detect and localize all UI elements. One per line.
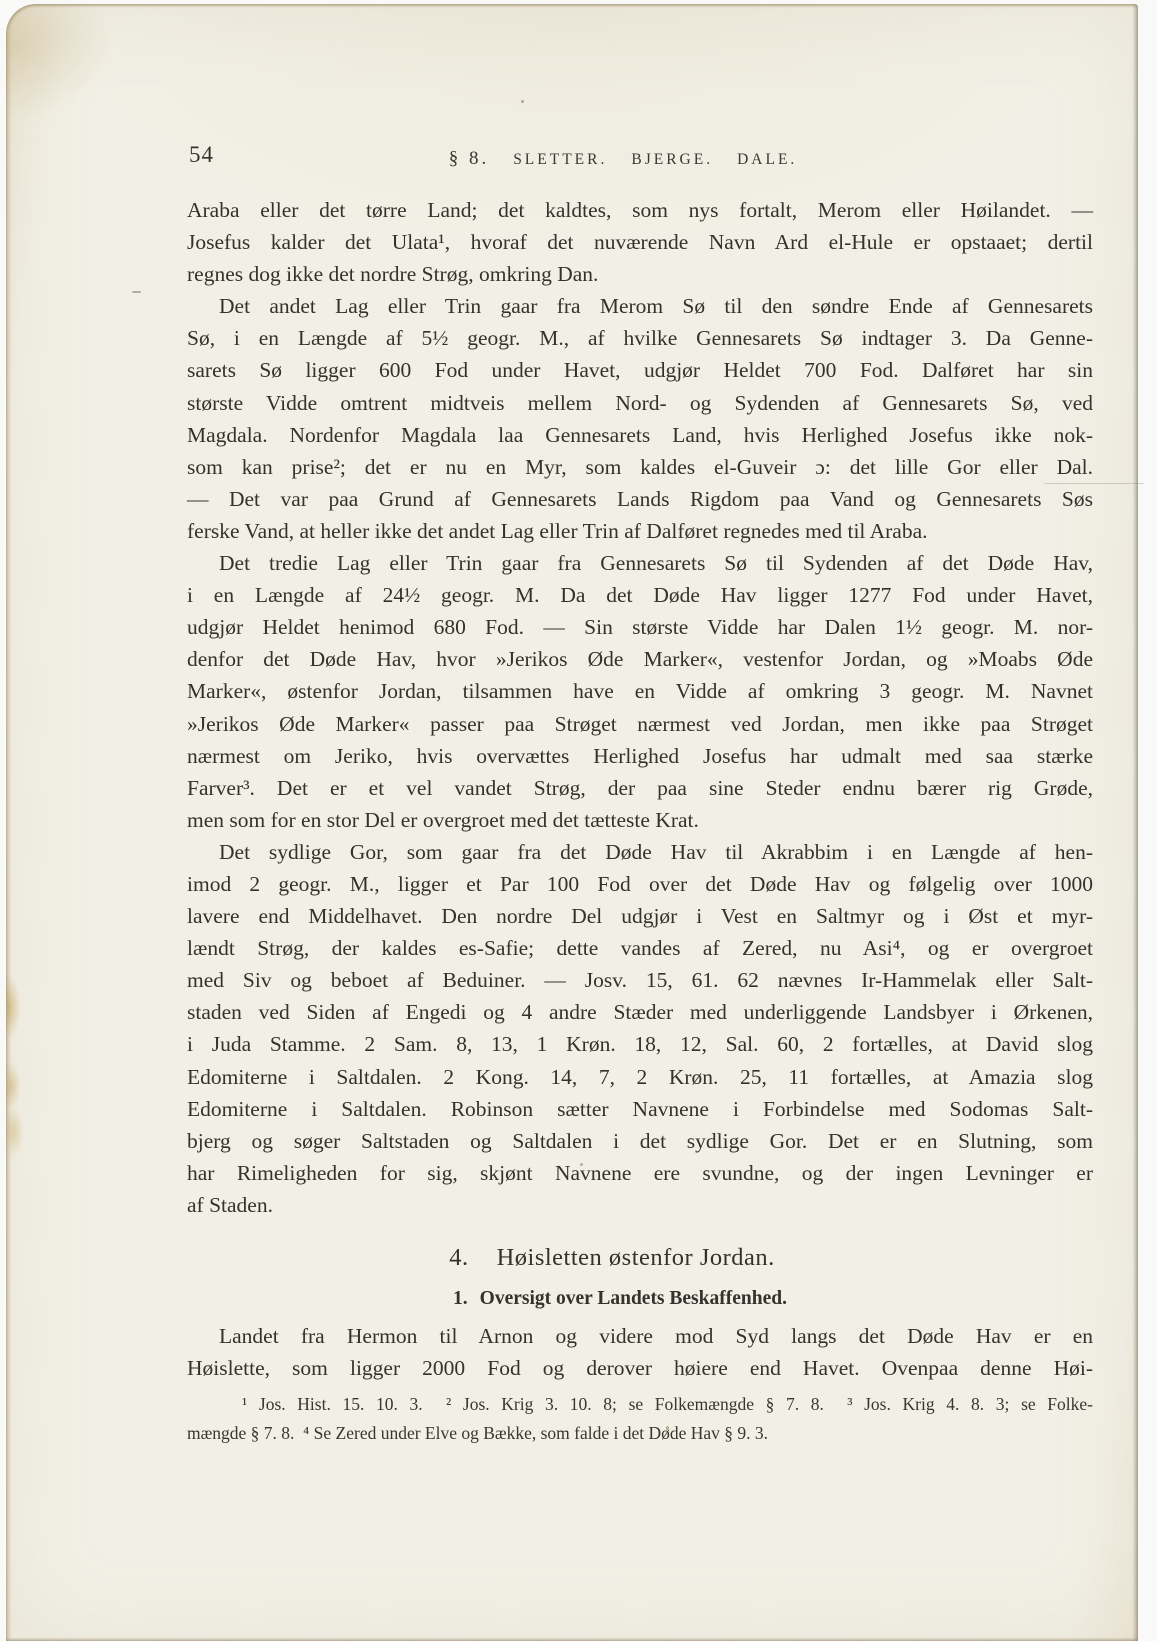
text-line: »Jerikos Øde Marker« passer paa Strøget … (187, 708, 1093, 740)
running-title-segment: SLETTER. (513, 148, 607, 170)
text-line: med Siv og beboet af Beduiner. — Josv. 1… (187, 964, 1093, 996)
text-line: største Vidde omtrent midtveis mellem No… (187, 387, 1093, 419)
running-title-segment: DALE. (737, 148, 797, 170)
body-text: Araba eller det tørre Land; det kaldtes,… (187, 194, 1093, 1221)
text-line: som kan prise²; det er nu en Myr, som ka… (187, 451, 1093, 483)
text-line: Josefus kalder det Ulata¹, hvoraf det nu… (187, 226, 1093, 258)
text-line: Sø, i en Længde af 5½ geogr. M., af hvil… (187, 322, 1093, 354)
footnote-line: mængde § 7. 8. ⁴ Se Zered under Elve og … (187, 1419, 1093, 1448)
text-line: udgjør Heldet henimod 680 Fod. — Sin stø… (187, 611, 1093, 643)
text-line: nærmest om Jeriko, hvis overvættes Herli… (187, 740, 1093, 772)
subsection-heading: 1.Oversigt over Landets Beskaffenhed. (167, 1288, 1073, 1310)
continuation-text: Landet fra Hermon til Arnon og videre mo… (187, 1320, 1093, 1384)
text-line: men som for en stor Del er overgroet med… (187, 804, 1093, 836)
section-heading: 4.Høisletten østenfor Jordan. (159, 1244, 1065, 1272)
text-line: Farver³. Det er et vel vandet Strøg, der… (187, 772, 1093, 804)
text-line: Edomiterne i Saltdalen. Robinson sætter … (187, 1093, 1093, 1125)
subsection-title: Oversigt over Landets Beskaffenhed. (480, 1288, 787, 1309)
text-line: — Det var paa Grund af Gennesarets Lands… (187, 483, 1093, 515)
running-title-segment: BJERGE. (631, 148, 713, 170)
scanned-book-page: { "page": { "number": "54", "running_tit… (0, 0, 1157, 1641)
text-line: i Juda Stamme. 2 Sam. 8, 13, 1 Krøn. 18,… (187, 1028, 1093, 1060)
running-header: 54 § 8. SLETTER. BJERGE. DALE. (187, 140, 1093, 174)
text-line: lændt Strøg, der kaldes es-Safie; dette … (187, 932, 1093, 964)
text-line: Marker«, østenfor Jordan, tilsammen have… (187, 675, 1093, 707)
subsection-number: 1. (453, 1288, 468, 1309)
text-line: Høislette, som ligger 2000 Fod og derove… (187, 1352, 1093, 1384)
text-line: Landet fra Hermon til Arnon og videre mo… (187, 1320, 1093, 1352)
text-line: Det sydlige Gor, som gaar fra det Døde H… (187, 836, 1093, 868)
text-line: imod 2 geogr. M., ligger et Par 100 Fod … (187, 868, 1093, 900)
text-line: staden ved Siden af Engedi og 4 andre St… (187, 996, 1093, 1028)
text-line: af Staden. (187, 1189, 1093, 1221)
paper-speck (521, 100, 524, 103)
section-title: Høisletten østenfor Jordan. (497, 1244, 775, 1271)
text-line: denfor det Døde Hav, hvor »Jerikos Øde M… (187, 643, 1093, 675)
book-page-paper: 54 § 8. SLETTER. BJERGE. DALE. Araba ell… (6, 4, 1138, 1641)
text-line: Det tredie Lag eller Trin gaar fra Genne… (187, 547, 1093, 579)
running-title: § 8. SLETTER. BJERGE. DALE. (170, 148, 1076, 170)
text-line: har Rimeligheden for sig, skjønt Navnene… (187, 1157, 1093, 1189)
margin-mark (132, 291, 141, 293)
text-line: Det andet Lag eller Trin gaar fra Merom … (187, 290, 1093, 322)
text-line: lavere end Middelhavet. Den nordre Del u… (187, 900, 1093, 932)
section-sign: § 8. (449, 148, 490, 170)
paper-speck (580, 1163, 583, 1166)
section-number: 4. (449, 1244, 468, 1271)
text-line: regnes dog ikke det nordre Strøg, omkrin… (187, 258, 1093, 290)
paper-crease (1044, 483, 1144, 484)
text-line: sarets Sø ligger 600 Fod under Havet, ud… (187, 354, 1093, 386)
text-line: Araba eller det tørre Land; det kaldtes,… (187, 194, 1093, 226)
text-line: Magdala. Nordenfor Magdala laa Gennesare… (187, 419, 1093, 451)
footnotes: ¹ Jos. Hist. 15. 10. 3. ² Jos. Krig 3. 1… (187, 1390, 1093, 1447)
paper-speck (666, 1426, 669, 1430)
text-line: Edomiterne i Saltdalen. 2 Kong. 14, 7, 2… (187, 1061, 1093, 1093)
footnote-line: ¹ Jos. Hist. 15. 10. 3. ² Jos. Krig 3. 1… (187, 1390, 1093, 1419)
text-line: ferske Vand, at heller ikke det andet La… (187, 515, 1093, 547)
text-line: bjerg og søger Saltstaden og Saltdalen i… (187, 1125, 1093, 1157)
text-line: i en Længde af 24½ geogr. M. Da det Døde… (187, 579, 1093, 611)
